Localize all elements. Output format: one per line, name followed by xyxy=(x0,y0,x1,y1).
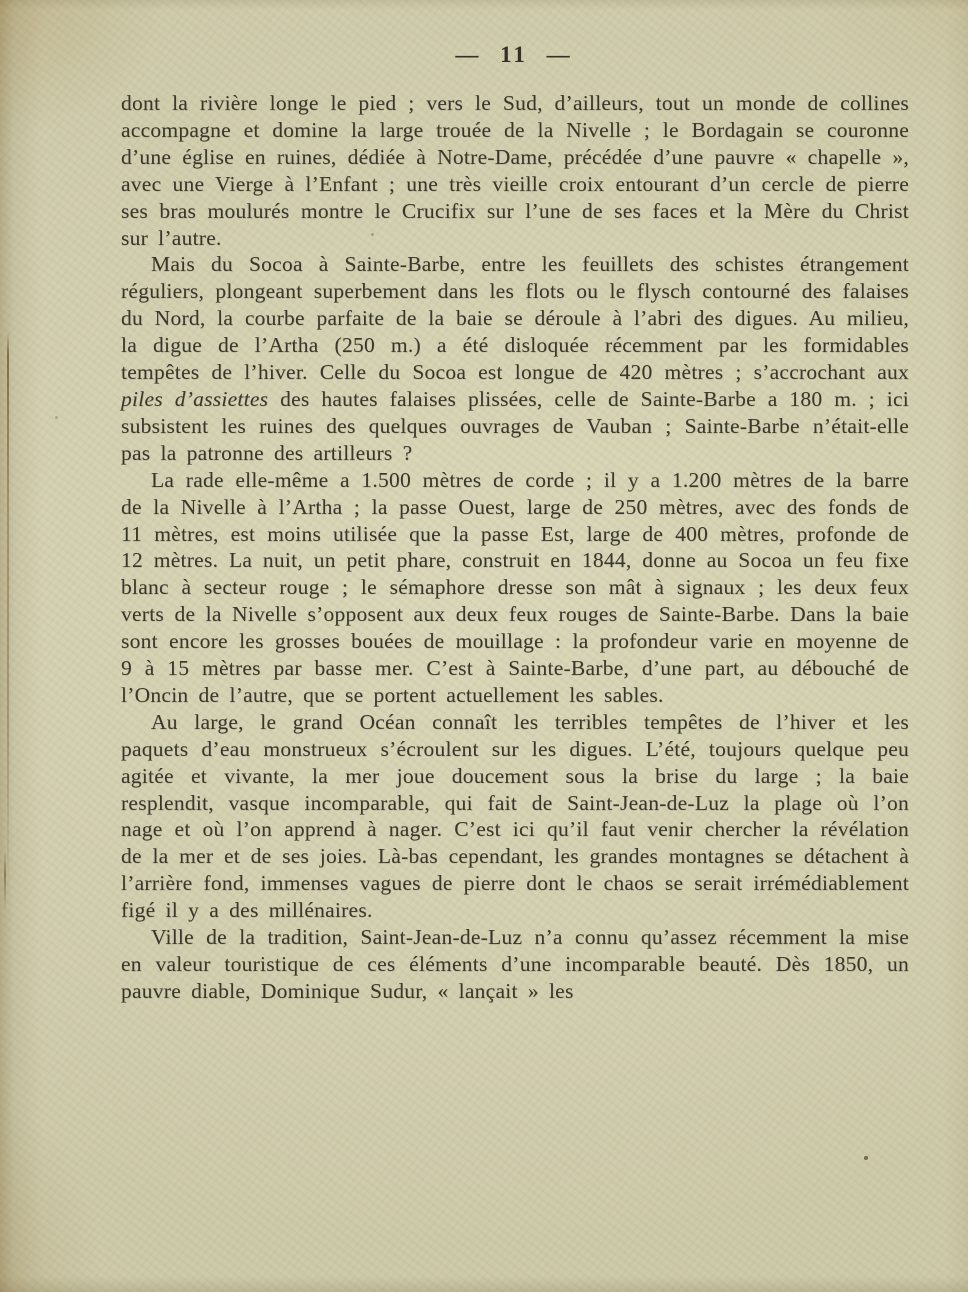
body-paragraph-3: La rade elle-même a 1.500 mètres de cord… xyxy=(121,467,909,709)
text-block: dont la rivière longe le pied ; vers le … xyxy=(121,90,909,1005)
body-paragraph-4: Au large, le grand Océan connaît les ter… xyxy=(121,709,909,924)
paper-crease-mark-small xyxy=(4,850,6,910)
paragraph-text: La rade elle-même a 1.500 mètres de cord… xyxy=(121,468,909,707)
body-paragraph-5: Ville de la tradition, Saint-Jean-de-Luz… xyxy=(121,924,909,1005)
paragraph-text-italic: piles d’assiettes xyxy=(121,387,268,411)
paragraph-text: Au large, le grand Océan connaît les ter… xyxy=(121,710,909,922)
paper-crease-mark xyxy=(7,332,9,892)
scanned-book-page: — 11 — dont la rivière longe le pied ; v… xyxy=(0,0,968,1292)
paragraph-text: dont la rivière longe le pied ; vers le … xyxy=(121,91,909,250)
paper-speck xyxy=(864,1156,868,1160)
page-number: — 11 — xyxy=(120,42,908,68)
paragraph-text: Mais du Socoa à Sainte-Barbe, entre les … xyxy=(121,252,909,384)
body-paragraph-2: Mais du Socoa à Sainte-Barbe, entre les … xyxy=(121,251,909,466)
body-paragraph-1: dont la rivière longe le pied ; vers le … xyxy=(121,90,909,251)
paper-speck xyxy=(55,416,58,419)
paragraph-text: Ville de la tradition, Saint-Jean-de-Luz… xyxy=(121,925,909,1003)
